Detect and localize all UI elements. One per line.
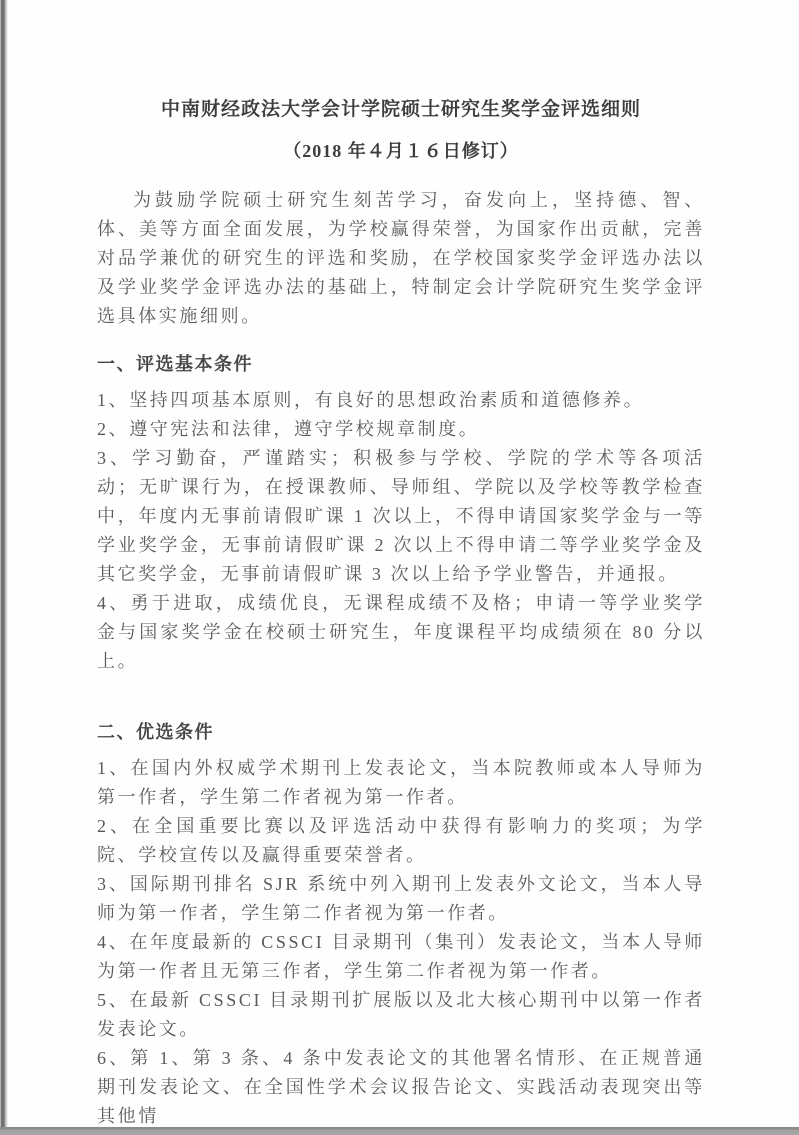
section-2-item-4: 4、在年度最新的 CSSCI 目录期刊（集刊）发表论文，当本人导师为第一作者且无… (97, 928, 705, 986)
section-2-item-2: 2、在全国重要比赛以及评选活动中获得有影响力的奖项；为学院、学校宣传以及赢得重要… (97, 812, 705, 870)
document-subtitle: （2018 年４月１６日修订） (97, 138, 705, 165)
document-title: 中南财经政法大学会计学院硕士研究生奖学金评选细则 (97, 96, 705, 124)
document-page: 中南财经政法大学会计学院硕士研究生奖学金评选细则 （2018 年４月１６日修订）… (97, 0, 705, 1131)
section-2-item-5: 5、在最新 CSSCI 目录期刊扩展版以及北大核心期刊中以第一作者发表论文。 (97, 986, 705, 1044)
scanned-document: { "document": { "title": "中南财经政法大学会计学院硕士… (0, 0, 799, 1135)
section-1-item-2: 2、遵守宪法和法律，遵守学校规章制度。 (97, 415, 705, 444)
section-2-heading: 二、优选条件 (97, 719, 705, 745)
scan-edge-bottom (0, 1127, 799, 1135)
intro-paragraph: 为鼓励学院硕士研究生刻苦学习，奋发向上，坚持德、智、体、美等方面全面发展，为学校… (97, 186, 705, 331)
section-1-item-3: 3、学习勤奋，严谨踏实；积极参与学校、学院的学术等各项活动；无旷课行为，在授课教… (97, 444, 705, 589)
section-2-item-3: 3、国际期刊排名 SJR 系统中列入期刊上发表外文论文，当本人导师为第一作者，学… (97, 870, 705, 928)
section-2-item-1: 1、在国内外权威学术期刊上发表论文，当本院教师或本人导师为第一作者，学生第二作者… (97, 754, 705, 812)
section-1-item-4: 4、勇于进取，成绩优良，无课程成绩不及格；申请一等学业奖学金与国家奖学金在校硕士… (97, 589, 705, 676)
section-1-item-1: 1、坚持四项基本原则，有良好的思想政治素质和道德修养。 (97, 386, 705, 415)
section-1-heading: 一、评选基本条件 (97, 351, 705, 377)
section-2-item-6: 6、第 1、第 3 条、4 条中发表论文的其他署名情形、在正规普通期刊发表论文、… (97, 1044, 705, 1131)
scan-edge-left (0, 0, 8, 1135)
